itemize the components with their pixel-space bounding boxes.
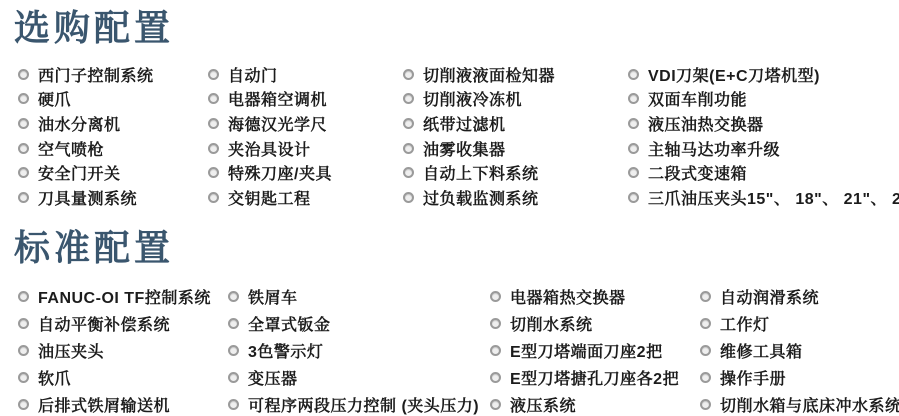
- list-item: 切削液冷冻机: [403, 87, 628, 112]
- list-item: 纸带过滤机: [403, 111, 628, 136]
- list-item: 电器箱空调机: [208, 87, 403, 112]
- config-column: 自动门电器箱空调机海德汉光学尺夹治具设计特殊刀座/夹具交钥匙工程: [208, 62, 403, 210]
- ring-bullet-icon: [403, 192, 414, 203]
- item-label: 工作灯: [720, 312, 770, 335]
- ring-bullet-icon: [490, 345, 501, 356]
- item-label: 自动润滑系统: [720, 285, 819, 308]
- ring-bullet-icon: [18, 69, 29, 80]
- brochure-page: { "colors": { "background": "#ffffff", "…: [0, 0, 899, 416]
- ring-bullet-icon: [228, 399, 239, 410]
- config-column: 自动润滑系统工作灯维修工具箱操作手册切削水箱与底床冲水系统: [700, 283, 899, 416]
- ring-bullet-icon: [700, 291, 711, 302]
- ring-bullet-icon: [403, 143, 414, 154]
- item-label: 自动门: [228, 63, 278, 86]
- list-item: VDI刀架(E+C刀塔机型): [628, 62, 893, 87]
- item-label: E型刀塔端面刀座2把: [510, 339, 663, 362]
- item-label: 特殊刀座/夹具: [228, 161, 332, 184]
- ring-bullet-icon: [628, 192, 639, 203]
- ring-bullet-icon: [208, 118, 219, 129]
- list-item: E型刀塔端面刀座2把: [490, 337, 700, 364]
- optional-config-section: 选购配置 西门子控制系统硬爪油水分离机空气喷枪安全门开关刀具量测系统自动门电器箱…: [0, 0, 899, 210]
- list-item: 切削水箱与底床冲水系统: [700, 391, 899, 416]
- standard-config-columns: FANUC-OI TF控制系统自动平衡补偿系统油压夹头软爪后排式铁屑输送机铁屑车…: [0, 283, 899, 416]
- list-item: 空气喷枪: [18, 136, 208, 161]
- list-item: 后排式铁屑输送机: [18, 391, 228, 416]
- item-label: 切削液液面检知器: [423, 63, 555, 86]
- item-label: 电器箱热交换器: [510, 285, 626, 308]
- item-label: 铁屑车: [248, 285, 298, 308]
- ring-bullet-icon: [18, 345, 29, 356]
- list-item: 操作手册: [700, 364, 899, 391]
- list-item: 全罩式钣金: [228, 310, 490, 337]
- item-label: 3色警示灯: [248, 339, 323, 362]
- ring-bullet-icon: [700, 345, 711, 356]
- list-item: 自动上下料系统: [403, 160, 628, 185]
- ring-bullet-icon: [228, 345, 239, 356]
- item-label: 海德汉光学尺: [228, 112, 327, 135]
- item-label: 维修工具箱: [720, 339, 803, 362]
- list-item: FANUC-OI TF控制系统: [18, 283, 228, 310]
- item-label: 双面车削功能: [648, 87, 747, 110]
- ring-bullet-icon: [208, 192, 219, 203]
- list-item: 硬爪: [18, 87, 208, 112]
- item-label: 硬爪: [38, 87, 71, 110]
- ring-bullet-icon: [490, 372, 501, 383]
- list-item: 油雾收集器: [403, 136, 628, 161]
- ring-bullet-icon: [628, 143, 639, 154]
- list-item: 海德汉光学尺: [208, 111, 403, 136]
- config-column: FANUC-OI TF控制系统自动平衡补偿系统油压夹头软爪后排式铁屑输送机: [18, 283, 228, 416]
- list-item: 液压系统: [490, 391, 700, 416]
- list-item: 安全门开关: [18, 160, 208, 185]
- item-label: 过负载监测系统: [423, 186, 539, 209]
- item-label: 纸带过滤机: [423, 112, 506, 135]
- ring-bullet-icon: [628, 69, 639, 80]
- list-item: 可程序两段压力控制 (夹头压力): [228, 391, 490, 416]
- standard-config-section: 标准配置 FANUC-OI TF控制系统自动平衡补偿系统油压夹头软爪后排式铁屑输…: [0, 226, 899, 416]
- list-item: 油压夹头: [18, 337, 228, 364]
- ring-bullet-icon: [18, 167, 29, 178]
- ring-bullet-icon: [208, 167, 219, 178]
- ring-bullet-icon: [628, 93, 639, 104]
- item-label: 切削水系统: [510, 312, 593, 335]
- ring-bullet-icon: [403, 118, 414, 129]
- list-item: 电器箱热交换器: [490, 283, 700, 310]
- ring-bullet-icon: [228, 291, 239, 302]
- item-label: 切削水箱与底床冲水系统: [720, 393, 899, 416]
- ring-bullet-icon: [403, 69, 414, 80]
- config-column: 铁屑车全罩式钣金3色警示灯变压器可程序两段压力控制 (夹头压力): [228, 283, 490, 416]
- ring-bullet-icon: [490, 399, 501, 410]
- item-label: 软爪: [38, 366, 71, 389]
- ring-bullet-icon: [18, 93, 29, 104]
- item-label: 刀具量测系统: [38, 186, 137, 209]
- item-label: 油压夹头: [38, 339, 104, 362]
- item-label: E型刀塔搪孔刀座各2把: [510, 366, 679, 389]
- list-item: 自动门: [208, 62, 403, 87]
- config-column: 电器箱热交换器切削水系统E型刀塔端面刀座2把E型刀塔搪孔刀座各2把液压系统: [490, 283, 700, 416]
- item-label: 液压油热交换器: [648, 112, 764, 135]
- ring-bullet-icon: [18, 192, 29, 203]
- item-label: 三爪油压夹头15"、 18"、 21"、 24"、 32": [648, 186, 899, 209]
- ring-bullet-icon: [403, 93, 414, 104]
- list-item: 软爪: [18, 364, 228, 391]
- ring-bullet-icon: [700, 372, 711, 383]
- item-label: 操作手册: [720, 366, 786, 389]
- ring-bullet-icon: [700, 399, 711, 410]
- list-item: 工作灯: [700, 310, 899, 337]
- item-label: 自动平衡补偿系统: [38, 312, 170, 335]
- list-item: 3色警示灯: [228, 337, 490, 364]
- item-label: 液压系统: [510, 393, 576, 416]
- ring-bullet-icon: [490, 318, 501, 329]
- config-column: VDI刀架(E+C刀塔机型)双面车削功能液压油热交换器主轴马达功率升级二段式变速…: [628, 62, 893, 210]
- list-item: 主轴马达功率升级: [628, 136, 893, 161]
- ring-bullet-icon: [208, 93, 219, 104]
- item-label: 可程序两段压力控制 (夹头压力): [248, 393, 479, 416]
- list-item: 自动润滑系统: [700, 283, 899, 310]
- ring-bullet-icon: [628, 167, 639, 178]
- optional-config-title: 选购配置: [0, 6, 899, 50]
- ring-bullet-icon: [628, 118, 639, 129]
- list-item: 铁屑车: [228, 283, 490, 310]
- item-label: 夹治具设计: [228, 137, 311, 160]
- ring-bullet-icon: [18, 399, 29, 410]
- item-label: 二段式变速箱: [648, 161, 747, 184]
- item-label: 空气喷枪: [38, 137, 104, 160]
- config-column: 切削液液面检知器切削液冷冻机纸带过滤机油雾收集器自动上下料系统过负载监测系统: [403, 62, 628, 210]
- ring-bullet-icon: [18, 291, 29, 302]
- ring-bullet-icon: [490, 291, 501, 302]
- list-item: 三爪油压夹头15"、 18"、 21"、 24"、 32": [628, 185, 893, 210]
- ring-bullet-icon: [208, 143, 219, 154]
- config-column: 西门子控制系统硬爪油水分离机空气喷枪安全门开关刀具量测系统: [18, 62, 208, 210]
- item-label: 油水分离机: [38, 112, 121, 135]
- list-item: 切削液液面检知器: [403, 62, 628, 87]
- list-item: 交钥匙工程: [208, 185, 403, 210]
- item-label: 电器箱空调机: [228, 87, 327, 110]
- list-item: 过负载监测系统: [403, 185, 628, 210]
- ring-bullet-icon: [208, 69, 219, 80]
- item-label: 后排式铁屑输送机: [38, 393, 170, 416]
- ring-bullet-icon: [228, 372, 239, 383]
- list-item: 切削水系统: [490, 310, 700, 337]
- optional-config-columns: 西门子控制系统硬爪油水分离机空气喷枪安全门开关刀具量测系统自动门电器箱空调机海德…: [0, 62, 899, 210]
- item-label: 安全门开关: [38, 161, 121, 184]
- list-item: 双面车削功能: [628, 87, 893, 112]
- list-item: 刀具量测系统: [18, 185, 208, 210]
- item-label: 变压器: [248, 366, 298, 389]
- item-label: FANUC-OI TF控制系统: [38, 285, 211, 308]
- item-label: 自动上下料系统: [423, 161, 539, 184]
- ring-bullet-icon: [18, 372, 29, 383]
- list-item: 西门子控制系统: [18, 62, 208, 87]
- list-item: E型刀塔搪孔刀座各2把: [490, 364, 700, 391]
- list-item: 特殊刀座/夹具: [208, 160, 403, 185]
- list-item: 维修工具箱: [700, 337, 899, 364]
- list-item: 液压油热交换器: [628, 111, 893, 136]
- list-item: 变压器: [228, 364, 490, 391]
- ring-bullet-icon: [228, 318, 239, 329]
- item-label: 油雾收集器: [423, 137, 506, 160]
- list-item: 夹治具设计: [208, 136, 403, 161]
- list-item: 自动平衡补偿系统: [18, 310, 228, 337]
- item-label: 切削液冷冻机: [423, 87, 522, 110]
- standard-config-title: 标准配置: [0, 226, 899, 270]
- list-item: 油水分离机: [18, 111, 208, 136]
- item-label: 全罩式钣金: [248, 312, 331, 335]
- ring-bullet-icon: [18, 318, 29, 329]
- ring-bullet-icon: [18, 143, 29, 154]
- item-label: 交钥匙工程: [228, 186, 311, 209]
- ring-bullet-icon: [403, 167, 414, 178]
- ring-bullet-icon: [700, 318, 711, 329]
- ring-bullet-icon: [18, 118, 29, 129]
- item-label: 西门子控制系统: [38, 63, 154, 86]
- item-label: VDI刀架(E+C刀塔机型): [648, 63, 820, 86]
- list-item: 二段式变速箱: [628, 160, 893, 185]
- item-label: 主轴马达功率升级: [648, 137, 780, 160]
